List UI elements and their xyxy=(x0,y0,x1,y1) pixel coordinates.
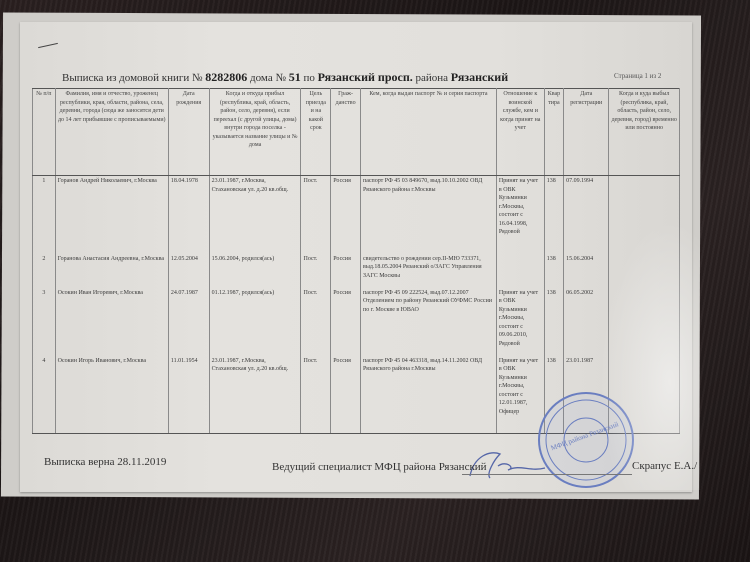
cell-name: Осокин Иван Игоревич, г.Москва xyxy=(55,288,168,356)
signer-name: Скрапус Е.А./ xyxy=(632,460,697,472)
cell-passport: паспорт РФ 45 04 463318, выд.14.11.2002 … xyxy=(360,356,496,434)
table-row: 1Горанов Андрей Николаевич, г.Москва18.0… xyxy=(33,176,680,254)
cell-apt: 138 xyxy=(544,288,563,356)
cell-birth: 12.05.2004 xyxy=(168,254,209,288)
cell-birth: 18.04.1978 xyxy=(168,176,209,254)
document-title: Выписка из домовой книги № 8282806 дома … xyxy=(62,70,508,85)
district-name: Рязанский xyxy=(451,70,508,84)
table-row: 2Горанова Анастасия Андреевна, г.Москва1… xyxy=(33,254,680,288)
cell-apt: 138 xyxy=(544,176,563,254)
column-header: Квар тира xyxy=(544,89,563,176)
cell-military xyxy=(496,254,544,288)
table-header-row: № п/пФамилия, имя и отчество, уроженец р… xyxy=(33,89,680,176)
cell-purpose: Пост. xyxy=(301,288,331,356)
cell-name: Горанова Анастасия Андреевна, г.Москва xyxy=(55,254,168,288)
cell-citizenship: Россия xyxy=(331,288,361,356)
column-header: Граж-данство xyxy=(331,89,361,176)
cell-purpose: Пост. xyxy=(301,254,331,288)
cell-num: 1 xyxy=(33,176,56,254)
column-header: Фамилия, имя и отчество, уроженец респуб… xyxy=(55,89,168,176)
signature-line xyxy=(462,474,632,475)
cell-purpose: Пост. xyxy=(301,176,331,254)
street-prefix: по xyxy=(303,72,314,84)
title-prefix: Выписка из домовой книги № xyxy=(62,72,203,84)
cell-name: Горанов Андрей Николаевич, г.Москва xyxy=(55,176,168,254)
page-indicator: Страница 1 из 2 xyxy=(614,72,661,80)
cell-num: 2 xyxy=(33,254,56,288)
street-name: Рязанский просп. xyxy=(318,70,413,84)
column-header: № п/п xyxy=(33,89,56,176)
cell-name: Осокин Игорь Иванович, г.Москва xyxy=(55,356,168,434)
column-header: Отношение к воинской службе, кем и когда… xyxy=(496,89,544,176)
cell-birth: 11.01.1954 xyxy=(168,356,209,434)
cell-citizenship: Россия xyxy=(331,356,361,434)
cell-citizenship: Россия xyxy=(331,176,361,254)
cell-military: Принят на учет в ОВК Кузьминки г.Москвы,… xyxy=(496,176,544,254)
column-header: Когда и откуда прибыл (республика, край,… xyxy=(209,89,301,176)
cell-arrived: 23.01.1987, г.Москва, Стахановская ул. д… xyxy=(209,356,301,434)
house-number: 51 xyxy=(289,70,301,84)
cell-passport: паспорт РФ 45 09 222524, выд.07.12.2007 … xyxy=(360,288,496,356)
column-header: Дата регистрации xyxy=(564,89,609,176)
cell-arrived: 15.06.2004, родился(ась) xyxy=(209,254,301,288)
cell-military: Принят на учет в ОВК Кузьминки г.Москвы,… xyxy=(496,288,544,356)
cell-arrived: 01.12.1987, родился(ась) xyxy=(209,288,301,356)
cell-num: 3 xyxy=(33,288,56,356)
house-label: дома № xyxy=(250,72,286,84)
specialist-title: Ведущий специалист МФЦ района Рязанский xyxy=(272,461,487,473)
cell-num: 4 xyxy=(33,356,56,434)
column-header: Цель приезда и на какой срок xyxy=(301,89,331,176)
register-table: № п/пФамилия, имя и отчество, уроженец р… xyxy=(32,88,680,434)
cell-passport: свидетельство о рождении сер.II-МЮ 73337… xyxy=(360,254,496,288)
cell-purpose: Пост. xyxy=(301,356,331,434)
district-label: района xyxy=(416,72,449,84)
column-header: Кем, когда выдан паспорт № и серия паспо… xyxy=(360,89,496,176)
cell-passport: паспорт РФ 45 03 849670, выд.10.10.2002 … xyxy=(360,176,496,254)
table-row: 3Осокин Иван Игоревич, г.Москва24.07.198… xyxy=(33,288,680,356)
book-number: 8282806 xyxy=(205,70,247,84)
cell-arrived: 23.01.1987, г.Москва, Стахановская ул. д… xyxy=(209,176,301,254)
cell-citizenship: Россия xyxy=(331,254,361,288)
certified-text: Выписка верна 28.11.2019 xyxy=(44,456,166,468)
cell-birth: 24.07.1987 xyxy=(168,288,209,356)
column-header: Когда и куда выбыл (республика, край, об… xyxy=(609,89,680,176)
column-header: Дата рождения xyxy=(168,89,209,176)
cell-apt: 138 xyxy=(544,254,563,288)
light-glare xyxy=(600,220,700,490)
